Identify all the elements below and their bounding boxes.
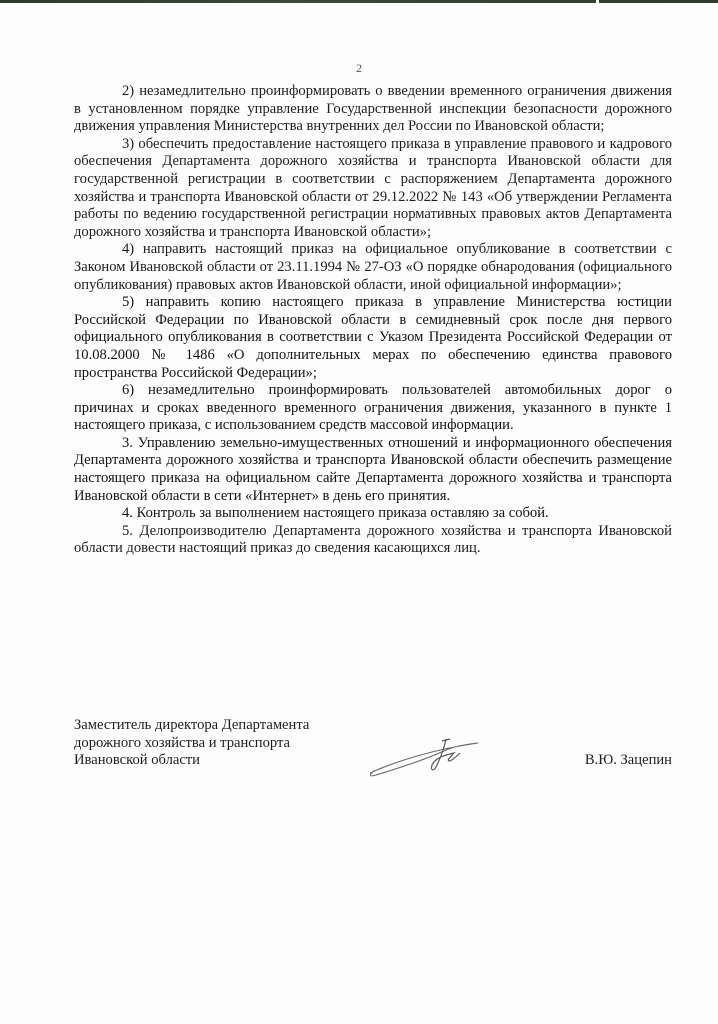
paragraph-item-2-2: 2) незамедлительно проинформировать о вв… [74,83,672,136]
paragraph-item-2-3: 3) обеспечить предоставление настоящего … [74,136,672,242]
paragraph-clause-5: 5. Делопроизводителю Департамента дорожн… [74,523,672,558]
paragraph-item-2-5: 5) направить копию настоящего приказа в … [74,294,672,382]
paragraph-clause-4: 4. Контроль за выполнением настоящего пр… [74,505,672,523]
paragraph-clause-3: 3. Управлению земельно-имущественных отн… [74,435,672,505]
scan-top-edge [0,0,718,3]
handwritten-signature-icon [366,735,482,779]
signatory-title-line: Заместитель директора Департамента [74,717,672,735]
paragraph-item-2-6: 6) незамедлительно проинформировать поль… [74,382,672,435]
scan-edge-gap [596,0,599,3]
paragraph-item-2-4: 4) направить настоящий приказ на официал… [74,241,672,294]
signatory-name: В.Ю. Зацепин [585,752,672,770]
page-number: 2 [0,61,718,76]
signature-block: Заместитель директора Департамента дорож… [74,717,672,777]
document-body: 2) незамедлительно проинформировать о вв… [74,83,672,558]
